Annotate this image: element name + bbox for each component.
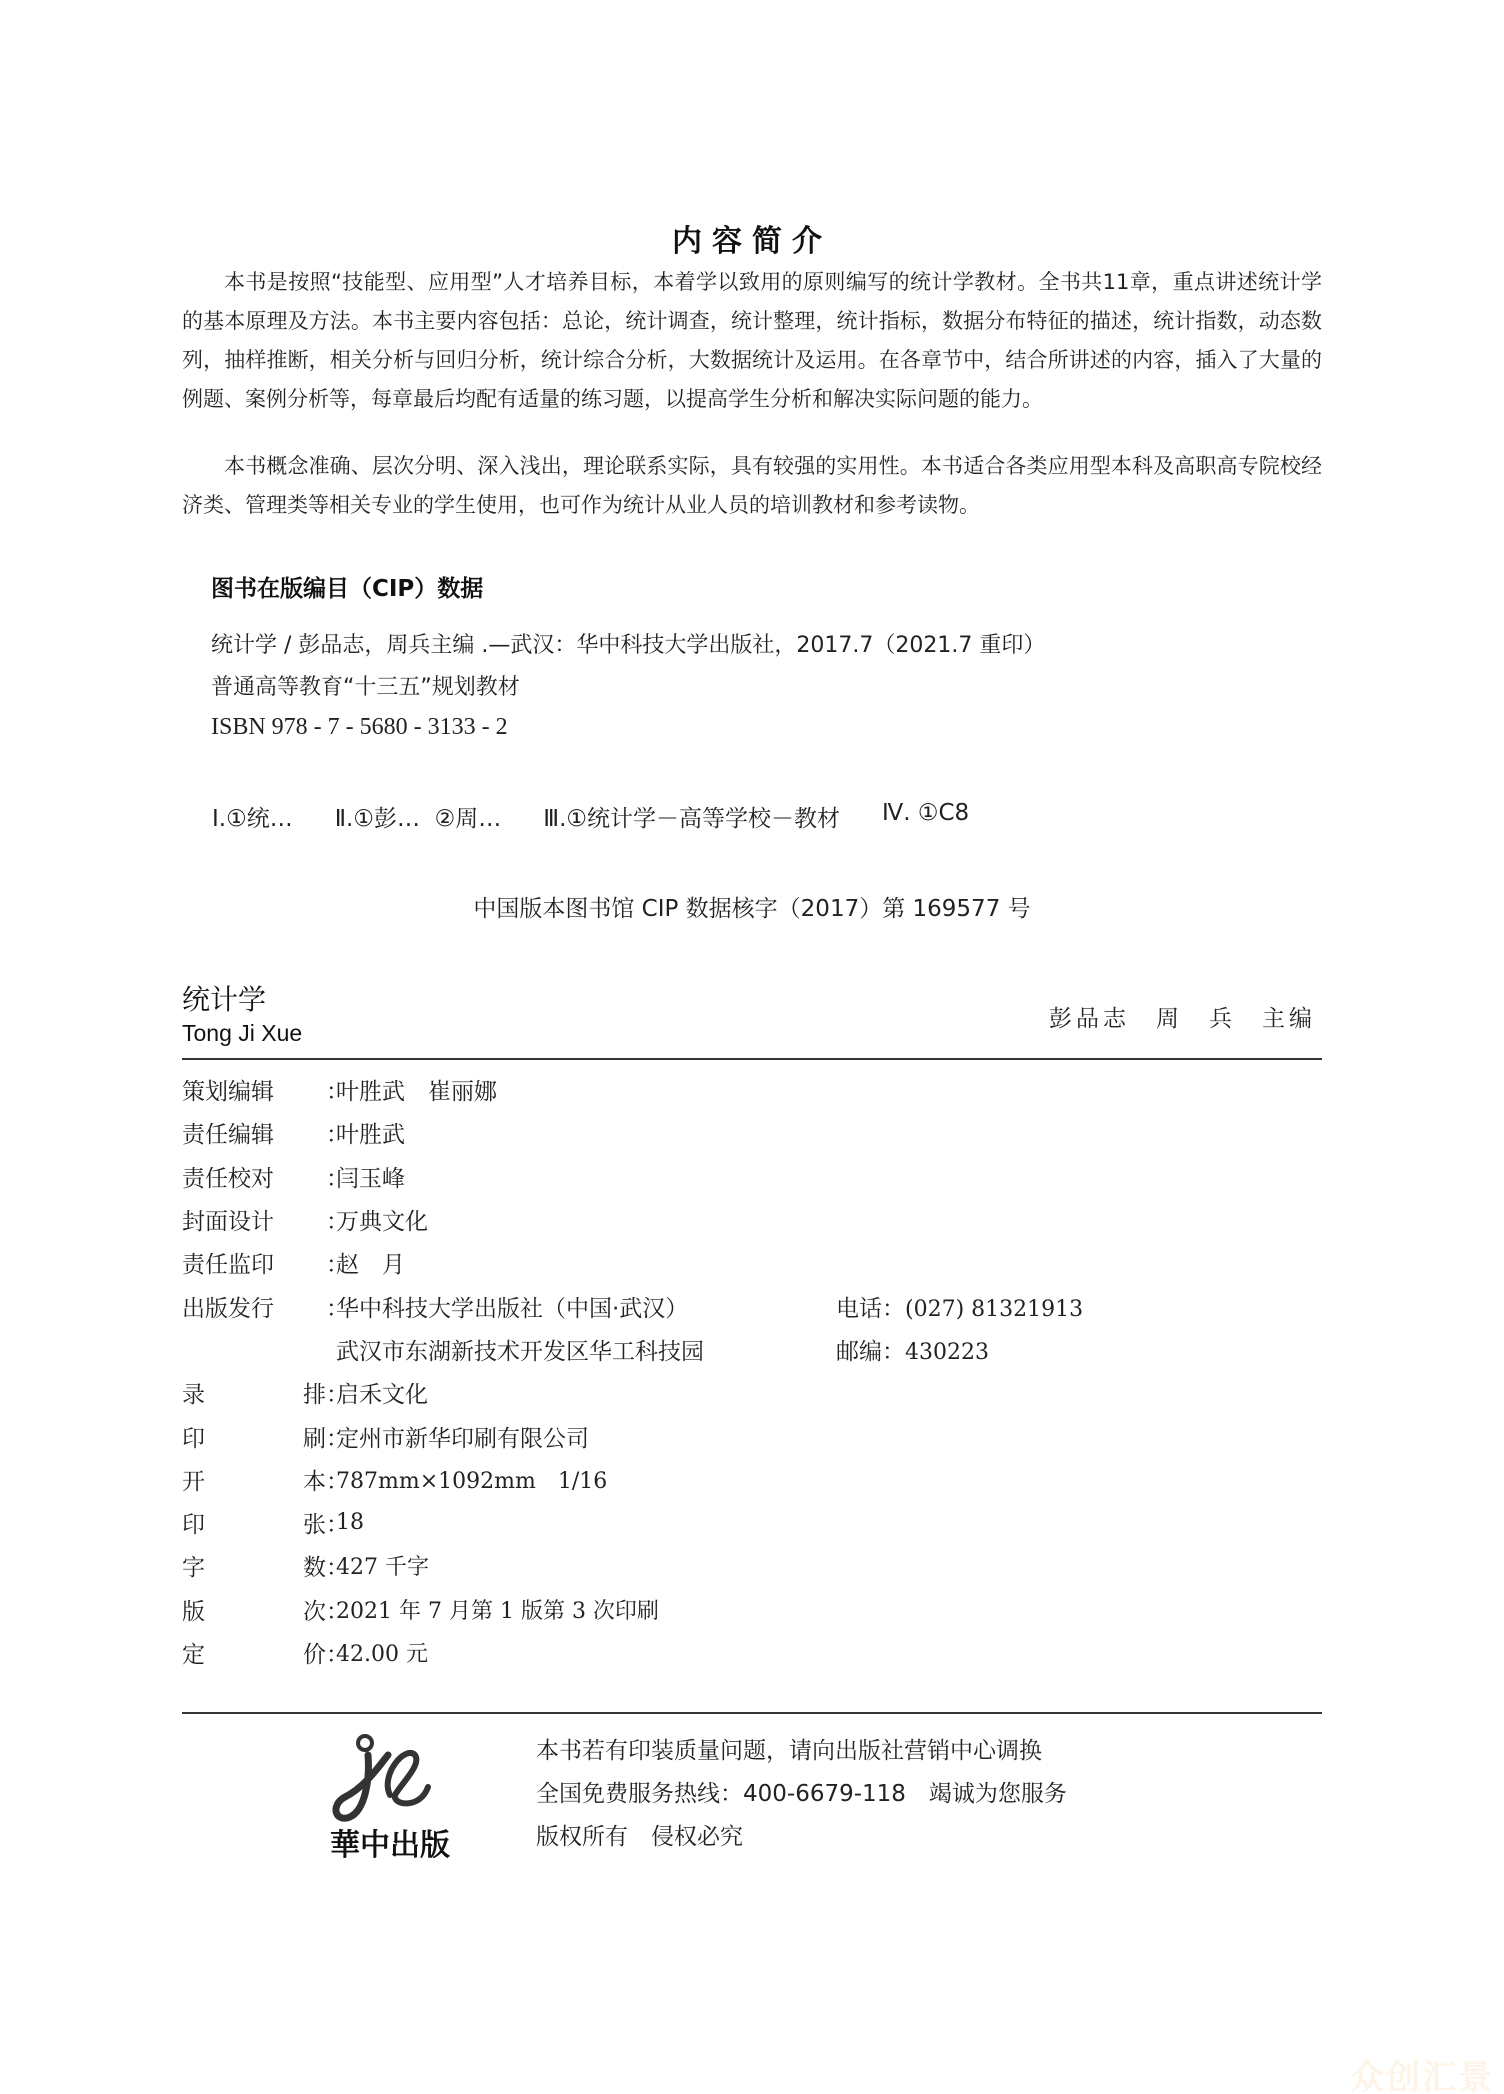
postcode-number: 430223 <box>905 1340 989 1365</box>
phone-number: (027) 81321913 <box>905 1297 1083 1322</box>
phone: 电话：(027) 81321913 <box>836 1290 1083 1323</box>
credit-value: 定州市新华印刷有限公司 <box>336 1420 836 1453</box>
credit-label: 定价 <box>182 1636 326 1669</box>
divider <box>182 1712 1322 1714</box>
book-title: 统计学 <box>182 978 266 1018</box>
cip-record-number: 中国版本图书馆 CIP 数据核字（2017）第 169577 号 <box>0 890 1504 923</box>
editor-name: 兵 <box>1209 1000 1236 1033</box>
cip-class-item: Ⅰ.①统… <box>212 800 293 833</box>
credit-value: 2021 年 7 月第 1 版第 3 次印刷 <box>336 1594 836 1625</box>
credit-label: 封面设计 <box>182 1203 326 1236</box>
credit-value: 787mm×1092mm 1/16 <box>336 1464 836 1495</box>
cip-series-line: 普通高等教育“十三五”规划教材 <box>211 670 520 701</box>
credit-value: 18 <box>336 1510 836 1535</box>
credit-label: 开本 <box>182 1463 326 1496</box>
credit-value: 叶胜武 崔丽娜 <box>336 1073 836 1106</box>
watermark: 众创汇景 <box>1350 2050 1494 2094</box>
credit-label: 版次 <box>182 1593 326 1626</box>
editor-role: 主编 <box>1262 1000 1316 1033</box>
credit-row: 印刷：定州市新华印刷有限公司 <box>182 1414 1322 1457</box>
footer-notice: 本书若有印装质量问题，请向出版社营销中心调换 全国免费服务热线：400-6679… <box>536 1730 1067 1859</box>
publisher-address: 武汉市东湖新技术开发区华工科技园 <box>336 1333 816 1366</box>
credit-row: 版次：2021 年 7 月第 1 版第 3 次印刷 <box>182 1588 1322 1631</box>
book-title-pinyin: Tong Ji Xue <box>182 1020 302 1047</box>
credits-list: 策划编辑：叶胜武 崔丽娜 责任编辑：叶胜武 责任校对：闫玉峰 封面设计：万典文化… <box>182 1068 1322 1674</box>
cip-heading: 图书在版编目（CIP）数据 <box>211 570 483 603</box>
svg-text:華中出版: 華中出版 <box>330 1828 450 1863</box>
credit-row: 责任编辑：叶胜武 <box>182 1111 1322 1154</box>
credit-label: 责任监印 <box>182 1246 326 1279</box>
cip-class-item: Ⅱ.①彭… ②周… <box>335 800 502 833</box>
credit-row: 责任监印：赵 月 <box>182 1241 1322 1284</box>
credit-row: 录排：启禾文化 <box>182 1371 1322 1414</box>
credit-value: 闫玉峰 <box>336 1160 836 1193</box>
credit-value: 启禾文化 <box>336 1376 836 1409</box>
cip-bibliographic-line: 统计学 / 彭品志，周兵主编 .—武汉：华中科技大学出版社，2017.7（202… <box>211 628 1045 659</box>
credit-row: 责任校对：闫玉峰 <box>182 1155 1322 1198</box>
summary-paragraph-2: 本书概念准确、层次分明、深入浅出，理论联系实际，具有较强的实用性。本书适合各类应… <box>182 447 1322 525</box>
editors: 彭品志 周 兵 主编 <box>1049 1000 1316 1033</box>
credit-value: 42.00 元 <box>336 1637 836 1668</box>
editor-name: 周 <box>1156 1000 1183 1033</box>
credit-row-address: 武汉市东湖新技术开发区华工科技园 邮编：430223 <box>182 1328 1322 1371</box>
editor-name: 彭品志 <box>1049 1000 1130 1033</box>
credit-row: 策划编辑：叶胜武 崔丽娜 <box>182 1068 1322 1111</box>
credit-label: 字数 <box>182 1549 326 1582</box>
credit-row: 定价：42.00 元 <box>182 1631 1322 1674</box>
postcode: 邮编：430223 <box>836 1333 989 1366</box>
credit-value: 万典文化 <box>336 1203 836 1236</box>
credit-value: 赵 月 <box>336 1246 836 1279</box>
cip-class-item: Ⅲ.①统计学－高等学校－教材 <box>543 800 840 833</box>
hust-press-logo-icon: 華中出版 <box>310 1725 470 1865</box>
cip-class-item: Ⅳ. ①C8 <box>882 800 969 833</box>
credit-value: 427 千字 <box>336 1550 836 1581</box>
credit-label: 出版发行 <box>182 1290 326 1323</box>
summary-title: 内容简介 <box>0 216 1504 260</box>
credit-label: 录排 <box>182 1376 326 1409</box>
credit-row: 开本：787mm×1092mm 1/16 <box>182 1458 1322 1501</box>
credit-value: 叶胜武 <box>336 1116 836 1149</box>
hotline: 全国免费服务热线：400-6679-118 竭诚为您服务 <box>536 1773 1067 1816</box>
credit-label: 印刷 <box>182 1420 326 1453</box>
credit-label: 策划编辑 <box>182 1073 326 1106</box>
credit-label: 责任编辑 <box>182 1116 326 1149</box>
credit-value: 华中科技大学出版社（中国·武汉） <box>336 1290 816 1323</box>
quality-notice: 本书若有印装质量问题，请向出版社营销中心调换 <box>536 1730 1067 1773</box>
copyright-notice: 版权所有 侵权必究 <box>536 1816 1067 1859</box>
divider <box>182 1058 1322 1060</box>
cip-isbn-line: ISBN 978 - 7 - 5680 - 3133 - 2 <box>211 714 508 741</box>
credit-label: 印张 <box>182 1506 326 1539</box>
cip-classification: Ⅰ.①统… Ⅱ.①彭… ②周… Ⅲ.①统计学－高等学校－教材 Ⅳ. ①C8 <box>212 800 969 833</box>
summary-paragraph-1: 本书是按照“技能型、应用型”人才培养目标，本着学以致用的原则编写的统计学教材。全… <box>182 263 1322 419</box>
credit-label: 责任校对 <box>182 1160 326 1193</box>
credit-row-publisher: 出版发行：华中科技大学出版社（中国·武汉） 电话：(027) 81321913 <box>182 1284 1322 1327</box>
credit-row: 封面设计：万典文化 <box>182 1198 1322 1241</box>
credit-row: 字数：427 千字 <box>182 1544 1322 1587</box>
credit-row: 印张：18 <box>182 1501 1322 1544</box>
